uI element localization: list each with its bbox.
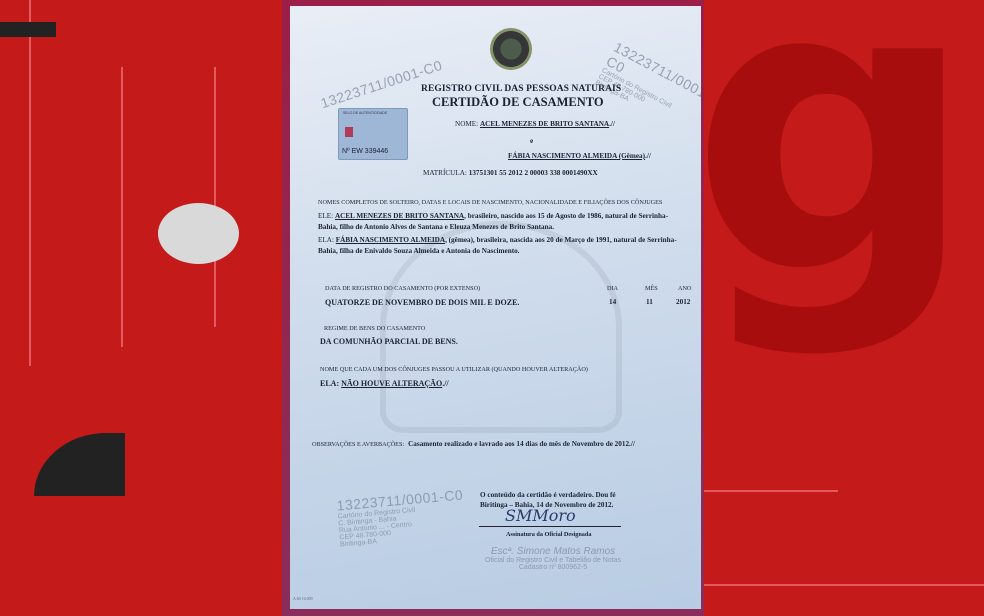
conjunction: e xyxy=(530,137,533,145)
spouse2-name: FÁBIA NASCIMENTO ALMEIDA xyxy=(508,152,617,160)
decor-line xyxy=(700,584,984,586)
decor-line xyxy=(700,490,838,492)
month-label: MÊS xyxy=(645,285,658,292)
ele-line1: ELE: ACEL MENEZES DE BRITO SANTANA, bras… xyxy=(318,212,668,220)
attestation-line1: O conteúdo da certidão é verdadeiro. Dou… xyxy=(480,491,616,499)
observations-label: OBSERVAÇÕES E AVERBAÇÕES: xyxy=(312,441,404,448)
seal-number: Nº EW 339446 xyxy=(342,148,388,155)
suffix: .// xyxy=(609,120,615,128)
day-label: DIA xyxy=(607,285,618,292)
ela-label: ELA: xyxy=(318,236,334,244)
decor-quarter-shape xyxy=(34,433,125,496)
spouse2-row: FÁBIA NASCIMENTO ALMEIDA (Gêmea).// xyxy=(508,152,651,160)
suffix: .// xyxy=(645,152,651,160)
coat-of-arms-icon xyxy=(490,28,532,70)
seal-number-prefix: Nº xyxy=(342,148,350,155)
year-value: 2012 xyxy=(676,298,690,306)
signature-line xyxy=(479,526,621,527)
notary-stamp: 13223711/0001-C0 Cartório do Registro Ci… xyxy=(336,487,467,549)
spouse2-note: (Gêmea) xyxy=(617,152,645,160)
brand-watermark-logo: g1 xyxy=(690,0,984,330)
name-label: NOME: xyxy=(455,120,478,128)
date-label: DATA DE REGISTRO DO CASAMENTO (POR EXTEN… xyxy=(325,285,480,292)
month-value: 11 xyxy=(646,298,653,306)
ela-details: , (gêmea), brasileira, nascida aos 20 de… xyxy=(445,236,677,244)
ela-line1: ELA: FÁBIA NASCIMENTO ALMEIDA, (gêmea), … xyxy=(318,236,677,244)
official-role: Oficial do Registro Civil e Tabelião de … xyxy=(485,557,621,564)
official-name: Escª. Simone Matos Ramos xyxy=(485,546,621,557)
new-name-prefix: ELA: xyxy=(320,379,339,388)
matricula-value: 13751301 55 2012 2 00003 338 0001490XX xyxy=(469,169,598,177)
certificate-title: CERTIDÃO DE CASAMENTO xyxy=(432,95,604,110)
regime-label: REGIME DE BENS DO CASAMENTO xyxy=(324,325,425,332)
ela-name: FÁBIA NASCIMENTO ALMEIDA xyxy=(336,236,445,244)
new-name-label: NOME QUE CADA UM DOS CÔNJUGES PASSOU A U… xyxy=(320,366,588,373)
registry-header: REGISTRO CIVIL DAS PESSOAS NATURAIS xyxy=(421,84,621,94)
official-registration: Cadastro nº 800962-5 xyxy=(485,564,621,571)
official-signature: SMMoro xyxy=(505,506,576,525)
official-name-stamp: Escª. Simone Matos Ramos Oficial do Regi… xyxy=(485,546,621,571)
new-name-row: ELA: NÃO HOUVE ALTERAÇÃO.// xyxy=(320,379,449,388)
observations-row: OBSERVAÇÕES E AVERBAÇÕES: Casamento real… xyxy=(312,433,635,451)
ele-label: ELE: xyxy=(318,212,333,220)
marriage-certificate: 13223711/0001-C0 13223711/0001-C0 Cartór… xyxy=(290,6,701,609)
seal-number-value: EW 339446 xyxy=(352,148,389,155)
spouse1-name: ACEL MENEZES DE BRITO SANTANA xyxy=(480,120,609,128)
ela-filiation: Bahia, filha de Enivaldo Souza Almeida e… xyxy=(318,247,519,255)
decor-white-oval xyxy=(158,203,239,264)
year-label: ANO xyxy=(678,285,691,292)
decor-dark-bar xyxy=(0,22,56,37)
decor-line xyxy=(29,0,31,366)
seal-header: SELO DE AUTENTICIDADE xyxy=(339,109,407,117)
date-text: QUATORZE DE NOVEMBRO DE DOIS MIL E DOZE. xyxy=(325,298,519,307)
day-value: 14 xyxy=(609,298,616,306)
suffix: .// xyxy=(442,379,448,388)
signature-caption: Assinatura da Oficial Designada xyxy=(506,531,591,538)
names-section-label: NOMES COMPLETOS DE SOLTEIRO, DATAS E LOC… xyxy=(318,199,662,206)
ele-filiation: Bahia, filho de Antonio Alves de Santana… xyxy=(318,223,554,231)
regime-value: DA COMUNHÃO PARCIAL DE BENS. xyxy=(320,337,458,346)
new-name-value: NÃO HOUVE ALTERAÇÃO xyxy=(341,379,442,388)
decor-line xyxy=(121,67,123,347)
observations-text: Casamento realizado e lavrado aos 14 dia… xyxy=(408,440,635,448)
name-row: NOME: ACEL MENEZES DE BRITO SANTANA.// xyxy=(455,120,615,128)
seal-flag-icon xyxy=(345,127,353,137)
authenticity-seal: SELO DE AUTENTICIDADE Nº EW 339446 xyxy=(338,108,408,160)
ele-name: ACEL MENEZES DE BRITO SANTANA xyxy=(335,212,464,220)
decor-line xyxy=(214,67,216,327)
matricula-label: MATRÍCULA: xyxy=(423,169,467,177)
form-code: A 60 16.009 xyxy=(293,596,313,601)
matricula-row: MATRÍCULA: 13751301 55 2012 2 00003 338 … xyxy=(423,169,598,177)
ele-details: , brasileiro, nascido aos 15 de Agosto d… xyxy=(464,212,668,220)
